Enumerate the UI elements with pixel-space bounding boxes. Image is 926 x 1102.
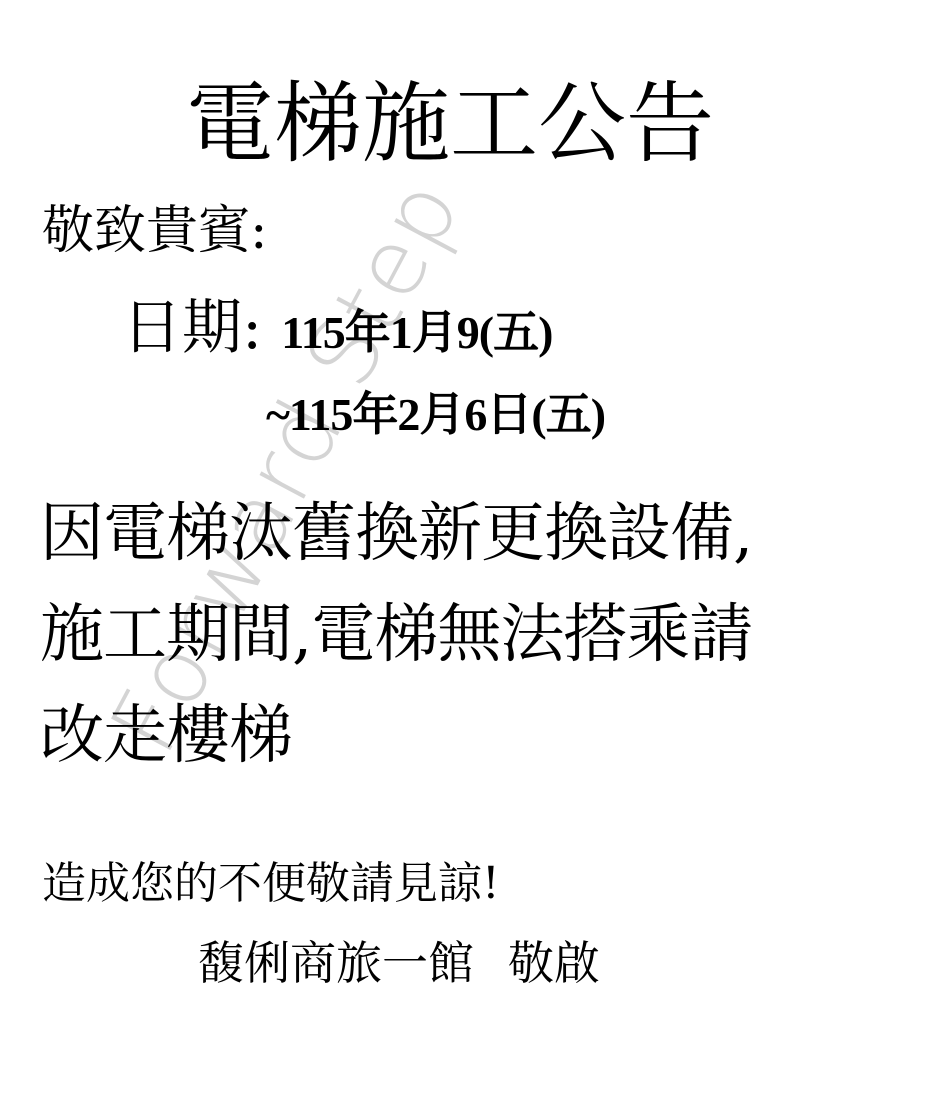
signature-organization: 馥俐商旅一館 [198, 936, 474, 990]
body-line-2: 施工期間,電梯無法搭乘請 [40, 603, 752, 667]
notice-title: 電梯施工公告 [186, 80, 714, 168]
date-start: 115年1月9(五) [281, 307, 552, 358]
signature: 馥俐商旅一館敬啟 [198, 940, 600, 986]
body-line-3: 改走樓梯 [40, 704, 292, 768]
date-end: ~115年2月6日(五) [266, 392, 605, 438]
apology-text: 造成您的不便敬請見諒! [42, 862, 500, 906]
greeting: 敬致貴賓: [42, 205, 268, 257]
date-label: 日期: [122, 293, 262, 363]
signature-closing: 敬啟 [508, 936, 600, 990]
body-line-1: 因電梯汰舊換新更換設備, [40, 502, 752, 566]
date-line: 日期: 115年1月9(五) [122, 298, 552, 358]
